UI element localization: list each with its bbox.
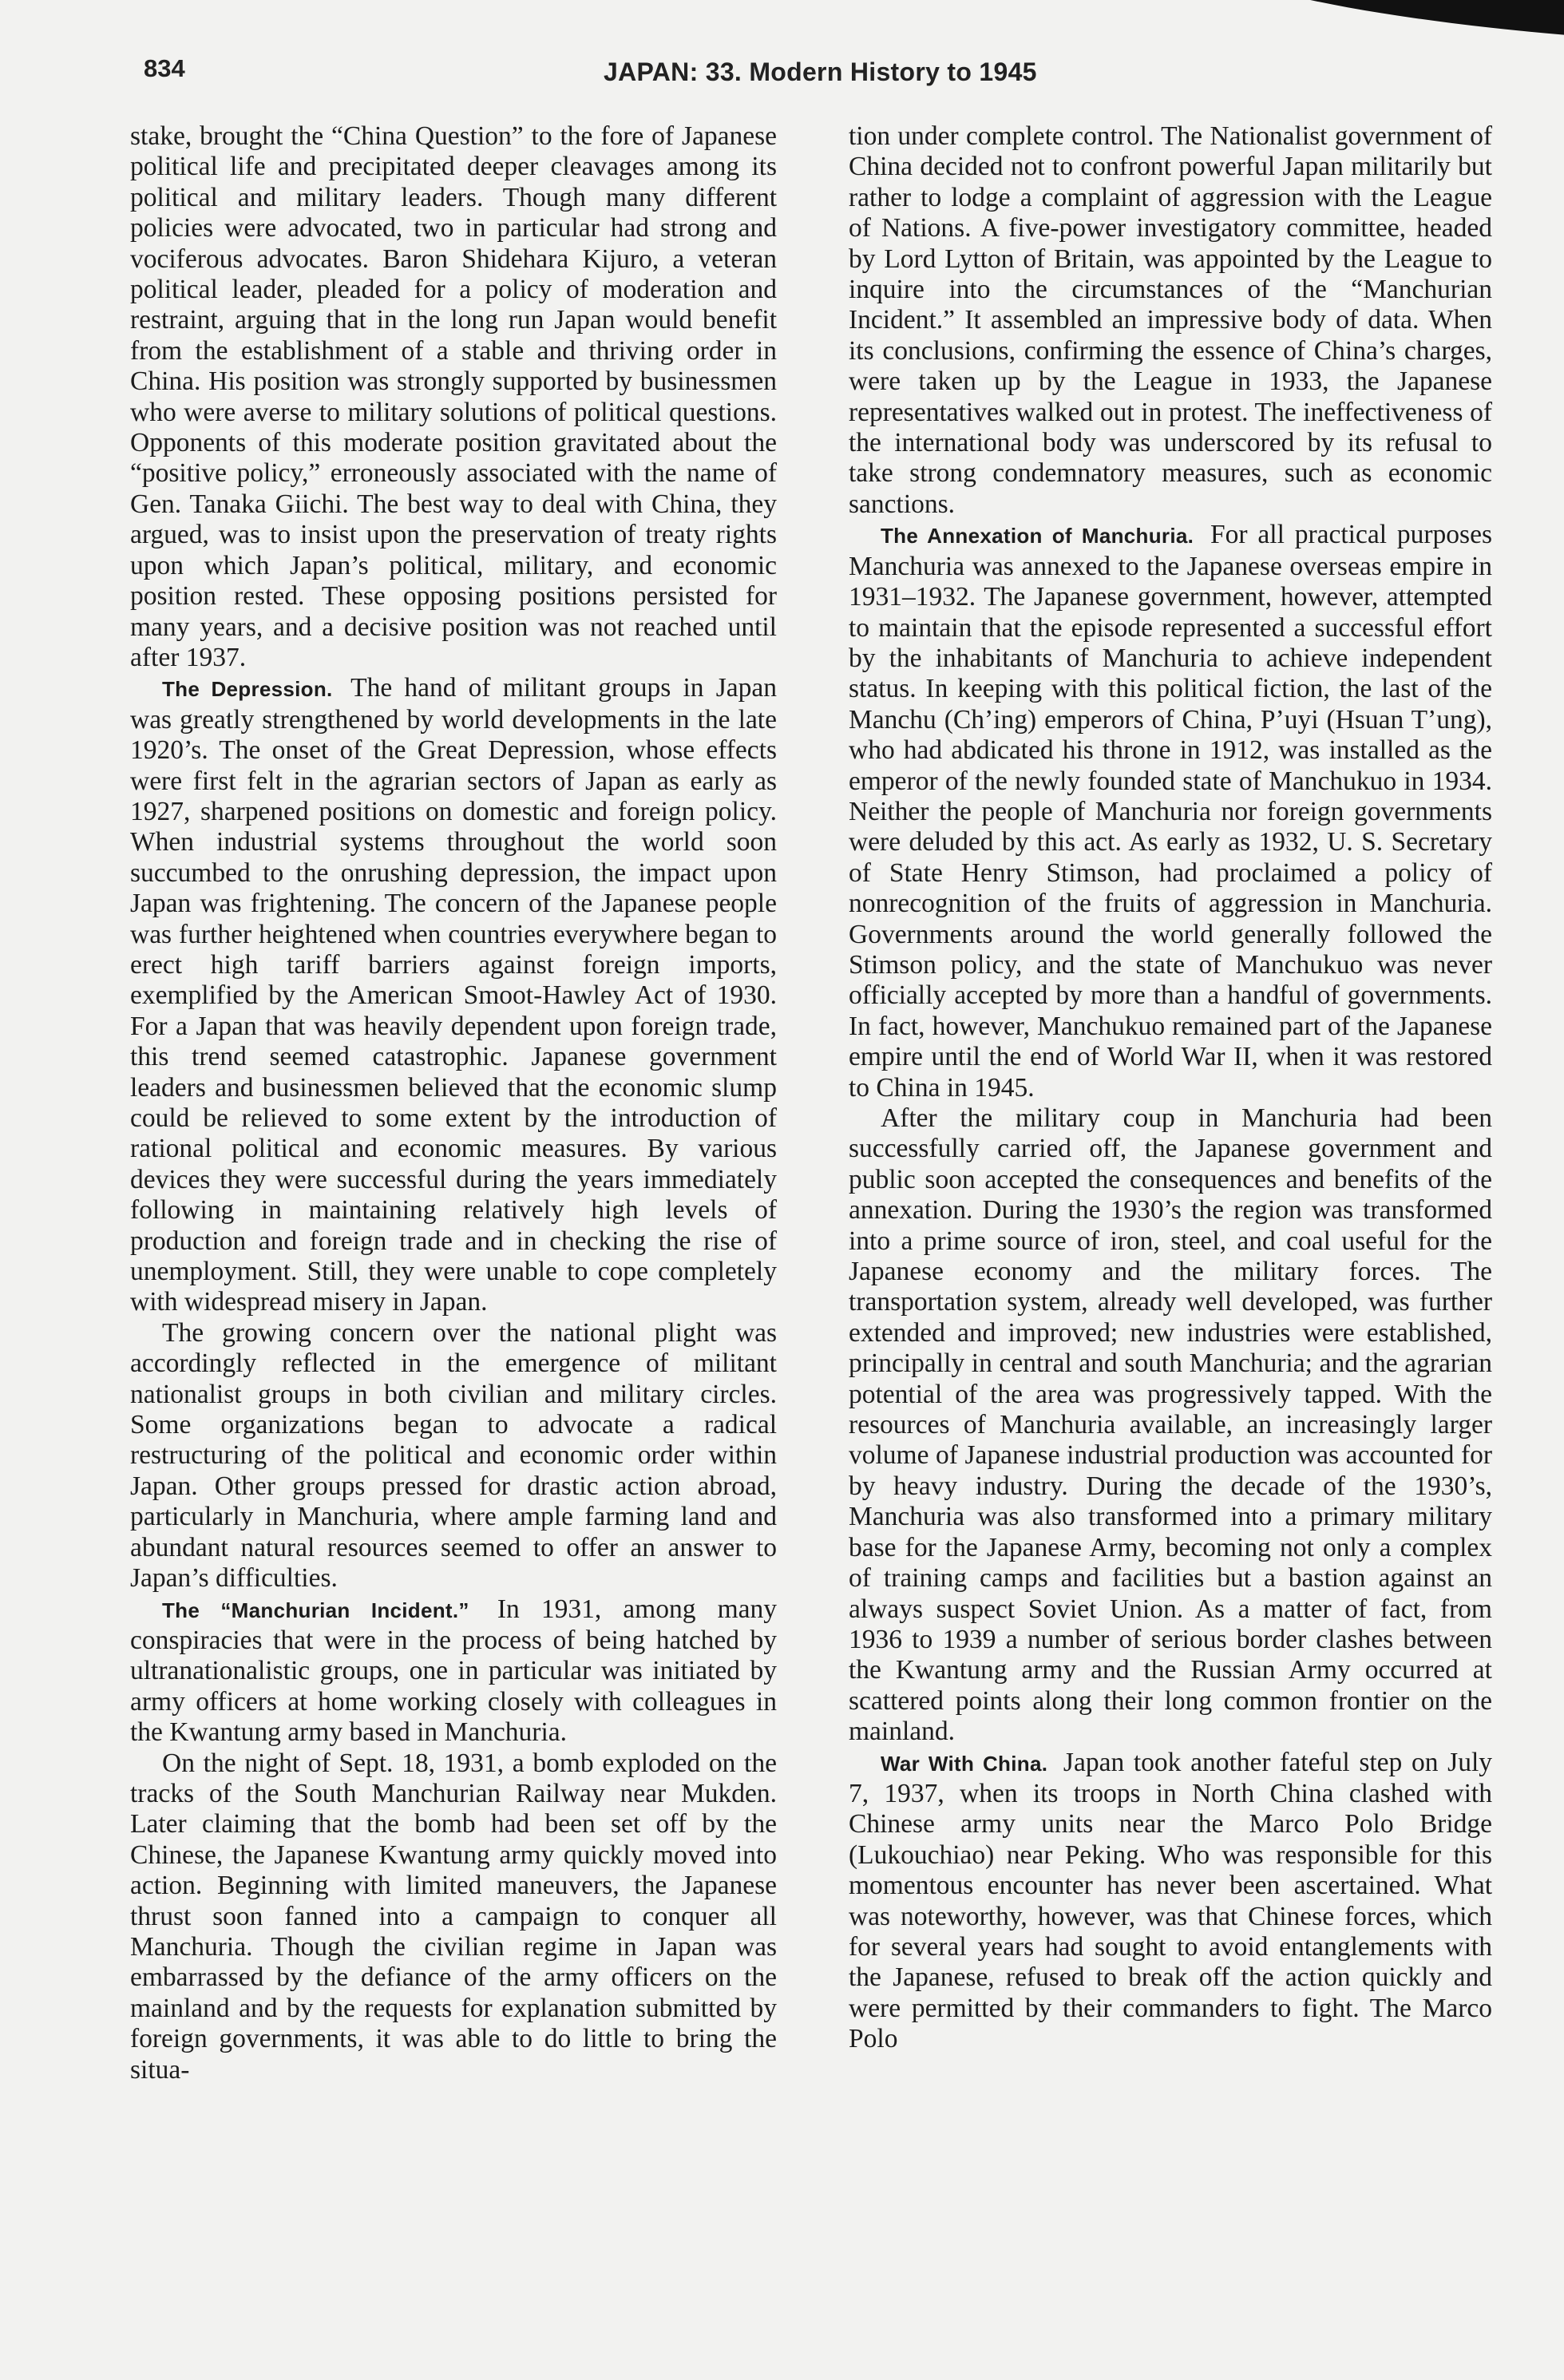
section-heading-manchurian-incident: The “Manchurian Incident.” bbox=[162, 1598, 469, 1622]
paragraph: The growing concern over the national pl… bbox=[130, 1318, 777, 1594]
paragraph: War With China. Japan took another fatef… bbox=[849, 1748, 1492, 2055]
right-column: tion under complete control. The Nationa… bbox=[849, 121, 1492, 2055]
section-heading-war-with-china: War With China. bbox=[881, 1752, 1047, 1776]
paragraph: tion under complete control. The Nationa… bbox=[849, 121, 1492, 520]
paragraph: The “Manchurian Incident.” In 1931, amon… bbox=[130, 1594, 777, 1748]
paragraph-text: stake, brought the “China Question” to t… bbox=[130, 121, 777, 672]
paragraph-text: For all practical purposes Manchuria was… bbox=[849, 520, 1492, 1102]
paragraph-text: Japan took another fateful step on July … bbox=[849, 1748, 1492, 2054]
paragraph-text: After the military coup in Manchuria had… bbox=[849, 1103, 1492, 1746]
paragraph: On the night of Sept. 18, 1931, a bomb e… bbox=[130, 1748, 777, 2085]
paragraph-text: On the night of Sept. 18, 1931, a bomb e… bbox=[130, 1748, 777, 2085]
paragraph: The Annexation of Manchuria. For all pra… bbox=[849, 520, 1492, 1103]
paragraph: The Depression. The hand of militant gro… bbox=[130, 673, 777, 1318]
page-edge-shadow bbox=[1195, 0, 1564, 38]
section-heading-annexation: The Annexation of Manchuria. bbox=[881, 524, 1194, 548]
paragraph: After the military coup in Manchuria had… bbox=[849, 1103, 1492, 1748]
section-heading-depression: The Depression. bbox=[162, 677, 333, 701]
paragraph-text: The growing concern over the national pl… bbox=[130, 1318, 777, 1593]
chapter-title: JAPAN: 33. Modern History to 1945 bbox=[604, 57, 1037, 87]
page-number: 834 bbox=[144, 54, 185, 83]
left-column: stake, brought the “China Question” to t… bbox=[130, 121, 777, 2085]
paragraph-text: The hand of militant groups in Japan was… bbox=[130, 673, 777, 1317]
running-head: 834 JAPAN: 33. Modern History to 1945 bbox=[0, 50, 1564, 89]
paragraph: stake, brought the “China Question” to t… bbox=[130, 121, 777, 673]
paragraph-text: tion under complete control. The Nationa… bbox=[849, 121, 1492, 519]
